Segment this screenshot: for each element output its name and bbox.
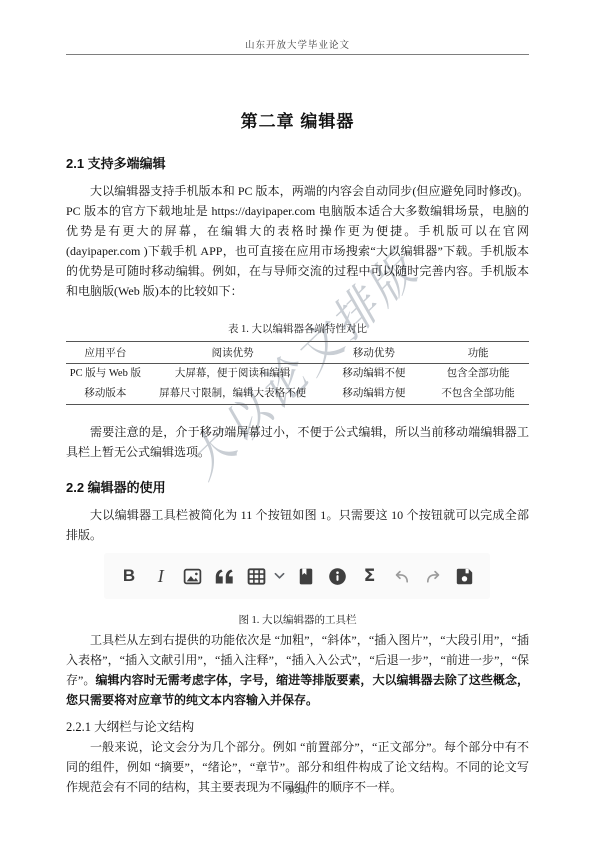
undo-button[interactable]: [390, 561, 412, 591]
insert-footnote-button[interactable]: [327, 561, 349, 591]
table-cell: 大屏幕，便于阅读和编辑: [145, 364, 321, 385]
undo-icon: [391, 567, 412, 586]
insert-table-icon: [246, 566, 267, 587]
insert-citation-button[interactable]: [295, 561, 317, 591]
document-page: 大以论文排版 山东开放大学毕业论文 第二章 编辑器 2.1 支持多端编辑 大以编…: [0, 0, 595, 842]
header-title: 山东开放大学毕业论文: [66, 37, 529, 55]
paragraph-toolbar-functions: 工具栏从左到右提供的功能依次是 “加粗”，“斜体”，“插入图片”，“大段引用”，…: [66, 630, 529, 710]
insert-footnote-icon: [327, 566, 348, 587]
page-header: 山东开放大学毕业论文: [66, 0, 529, 55]
bold-button[interactable]: B: [118, 561, 140, 591]
blockquote-button[interactable]: [213, 561, 235, 591]
table-cell: 屏幕尺寸限制，编辑大表格不便: [145, 384, 321, 405]
insert-table-button[interactable]: [245, 561, 267, 591]
figure-caption: 图 1. 大以编辑器的工具栏: [66, 612, 529, 627]
blockquote-icon: [213, 567, 235, 586]
paragraph-toolbar-intro: 大以编辑器工具栏被简化为 11 个按钮如图 1。只需要这 10 个按钮就可以完成…: [66, 505, 529, 545]
table-cell: PC 版与 Web 版: [66, 364, 145, 385]
insert-image-button[interactable]: [182, 561, 204, 591]
section-heading-2-2: 2.2 编辑器的使用: [66, 477, 529, 496]
redo-button[interactable]: [422, 561, 444, 591]
paragraph-multi-device: 大以编辑器支持手机版本和 PC 版本，两端的内容会自动同步(但应避免同时修改)。…: [66, 181, 529, 301]
italic-button[interactable]: I: [150, 561, 172, 591]
table-cell: 包含全部功能: [427, 364, 529, 385]
table-header-cell: 功能: [427, 342, 529, 364]
save-icon: [454, 566, 475, 587]
insert-image-icon: [182, 566, 203, 587]
section-heading-2-1: 2.1 支持多端编辑: [66, 153, 529, 172]
table-options-button[interactable]: [273, 561, 285, 591]
paragraph-toolbar-functions-bold: 编辑内容时无需考虑字体，字号，缩进等排版要素，大以编辑器去除了这些概念，您只需要…: [66, 673, 529, 707]
table-row: PC 版与 Web 版 大屏幕，便于阅读和编辑 移动编辑不便 包含全部功能: [66, 364, 529, 385]
table-header-cell: 阅读优势: [145, 342, 321, 364]
editor-toolbar-figure: B I: [104, 553, 490, 599]
insert-formula-button[interactable]: Σ: [359, 561, 381, 591]
page-number: 第2页: [0, 783, 595, 796]
table-header-cell: 移动优势: [321, 342, 427, 364]
table-header-cell: 应用平台: [66, 342, 145, 364]
chapter-title: 第二章 编辑器: [66, 107, 529, 132]
table-cell: 不包含全部功能: [427, 384, 529, 405]
save-button[interactable]: [454, 561, 476, 591]
page-content: 山东开放大学毕业论文 第二章 编辑器 2.1 支持多端编辑 大以编辑器支持手机版…: [0, 0, 595, 797]
table-cell: 移动版本: [66, 384, 145, 405]
insert-formula-icon: Σ: [364, 566, 376, 586]
table-cell: 移动编辑不便: [321, 364, 427, 385]
insert-citation-icon: [296, 566, 316, 587]
italic-icon: I: [158, 566, 164, 587]
table-cell: 移动编辑方便: [321, 384, 427, 405]
paragraph-formula-note: 需要注意的是，介于移动端屏幕过小，不便于公式编辑，所以当前移动端编辑器工具栏上暂…: [66, 422, 529, 462]
table-caption: 表 1. 大以编辑器各端特性对比: [66, 321, 529, 336]
table-header-row: 应用平台 阅读优势 移动优势 功能: [66, 342, 529, 364]
table-row: 移动版本 屏幕尺寸限制，编辑大表格不便 移动编辑方便 不包含全部功能: [66, 384, 529, 405]
comparison-table: 应用平台 阅读优势 移动优势 功能 PC 版与 Web 版 大屏幕，便于阅读和编…: [66, 341, 529, 405]
insert-table-group: [245, 561, 285, 591]
redo-icon: [423, 567, 444, 586]
chevron-down-icon: [274, 572, 285, 580]
bold-icon: B: [123, 566, 135, 586]
section-heading-2-2-1: 2.2.1 大纲栏与论文结构: [66, 717, 529, 735]
